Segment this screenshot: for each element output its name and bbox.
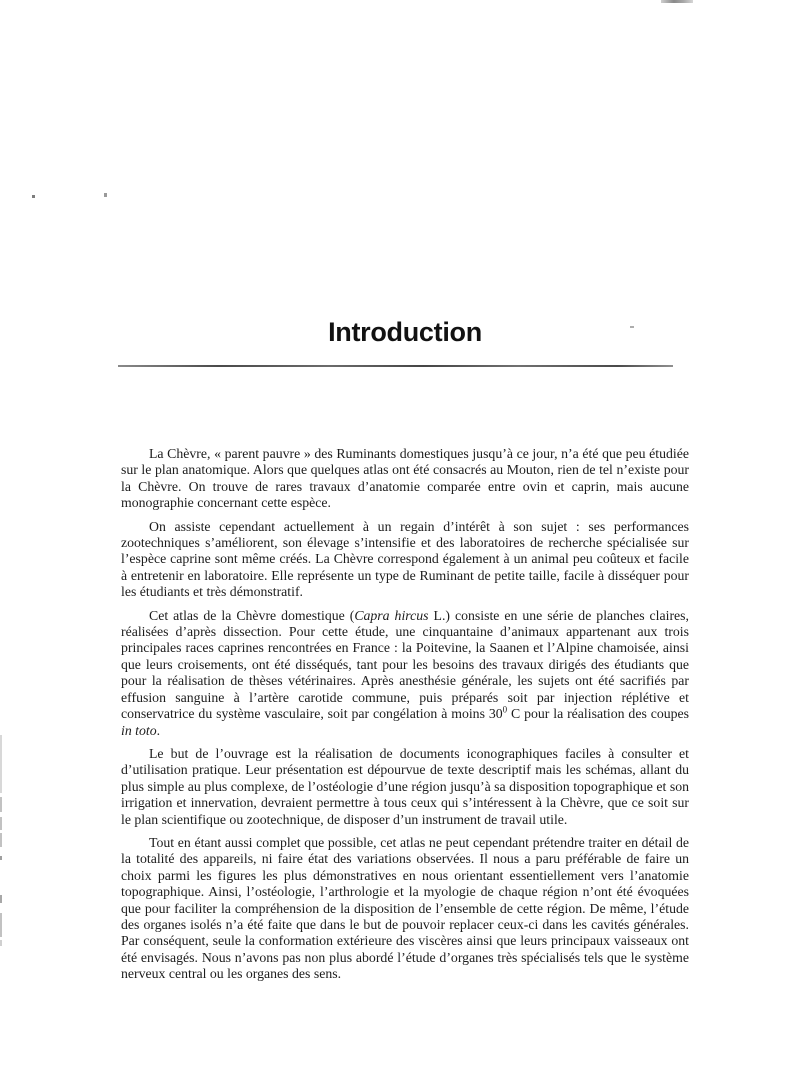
scan-speck [32,195,35,198]
italic-text: in toto [121,723,157,738]
paragraph: Cet atlas de la Chèvre domestique (Capra… [121,608,689,739]
binding-mark [0,940,2,946]
paragraph: On assiste cependant actuellement à un r… [121,519,689,601]
text-run: L.) consiste en une série de planches cl… [121,608,689,721]
binding-mark [0,817,2,830]
italic-text: Capra hircus [354,608,428,623]
paragraph: Tout en étant aussi complet que possible… [121,835,689,983]
text-run: Cet atlas de la Chèvre domestique ( [149,608,354,623]
page-title: Introduction [121,317,689,348]
text-run: C pour la réalisation des coupes [507,706,689,721]
binding-mark [0,735,2,793]
paragraph: Le but de l’ouvrage est la réalisation d… [121,746,689,828]
text-run: La Chèvre, « parent pauvre » des Ruminan… [121,446,689,510]
binding-mark [0,856,2,860]
text-run: Tout en étant aussi complet que possible… [121,835,689,981]
paragraph: La Chèvre, « parent pauvre » des Ruminan… [121,446,689,512]
title-rule [118,365,673,367]
scan-smudge-top-edge [661,0,693,3]
body-text: La Chèvre, « parent pauvre » des Ruminan… [121,446,689,990]
scan-speck [104,193,107,197]
text-run: . [157,723,160,738]
book-page: Introduction La Chèvre, « parent pauvre … [0,0,800,1081]
text-run: On assiste cependant actuellement à un r… [121,519,689,600]
text-run: Le but de l’ouvrage est la réalisation d… [121,746,689,827]
binding-mark [0,797,2,812]
binding-mark [0,913,2,937]
binding-mark [0,895,2,903]
binding-mark [0,833,2,847]
